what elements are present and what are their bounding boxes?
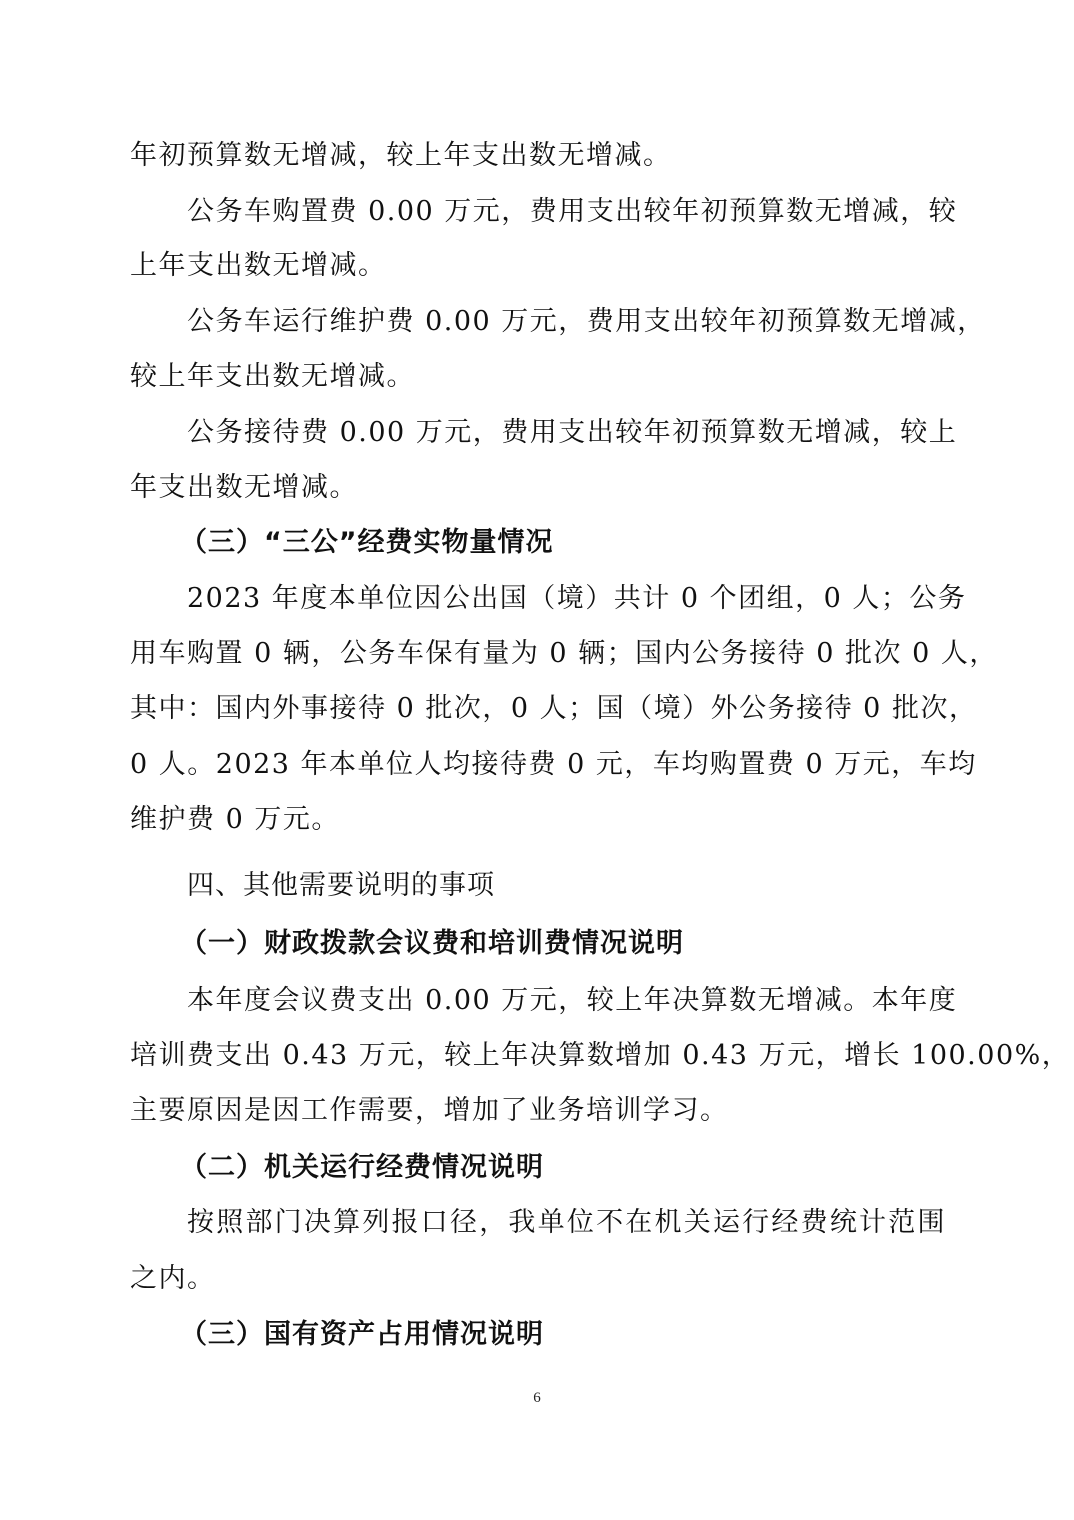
body-text-line: 培训费支出 0.43 万元，较上年决算数增加 0.43 万元，增长 100.00…: [130, 1036, 946, 1076]
body-text-line: 2023 年度本单位因公出国（境）共计 0 个团组，0 人；公务: [187, 579, 946, 619]
section-subheading: （三）“三公”经费实物量情况: [180, 523, 554, 563]
section-subheading: （一）财政拨款会议费和培训费情况说明: [180, 924, 684, 964]
body-text-line: 主要原因是因工作需要，增加了业务培训学习。: [130, 1091, 729, 1131]
body-text-line: 公务接待费 0.00 万元，费用支出较年初预算数无增减，较上: [187, 413, 946, 453]
section-heading: 四、其他需要说明的事项: [187, 866, 495, 906]
body-text-line: 较上年支出数无增减。: [130, 357, 415, 397]
page-number: 6: [0, 1390, 1074, 1407]
body-text-line: 公务车购置费 0.00 万元，费用支出较年初预算数无增减，较: [187, 192, 946, 232]
body-text-line: 0 人。2023 年本单位人均接待费 0 元，车均购置费 0 万元，车均: [130, 745, 946, 785]
section-subheading: （三）国有资产占用情况说明: [180, 1315, 544, 1355]
body-text-line: 之内。: [130, 1259, 216, 1299]
body-text-line: 年支出数无增减。: [130, 468, 358, 508]
body-text-line: 用车购置 0 辆，公务车保有量为 0 辆；国内公务接待 0 批次 0 人，: [130, 634, 946, 674]
body-text-line: 其中：国内外事接待 0 批次，0 人；国（境）外公务接待 0 批次，: [130, 689, 946, 729]
body-text-line: 维护费 0 万元。: [130, 800, 340, 840]
body-text-line: 公务车运行维护费 0.00 万元，费用支出较年初预算数无增减，: [187, 302, 946, 342]
document-page: 年初预算数无增减，较上年支出数无增减。 公务车购置费 0.00 万元，费用支出较…: [0, 0, 1074, 1520]
section-subheading: （二）机关运行经费情况说明: [180, 1148, 544, 1188]
body-text-line: 按照部门决算列报口径，我单位不在机关运行经费统计范围: [187, 1203, 946, 1243]
body-text-line: 年初预算数无增减，较上年支出数无增减。: [130, 136, 672, 176]
body-text-line: 上年支出数无增减。: [130, 246, 387, 286]
body-text-line: 本年度会议费支出 0.00 万元，较上年决算数无增减。本年度: [187, 981, 946, 1021]
